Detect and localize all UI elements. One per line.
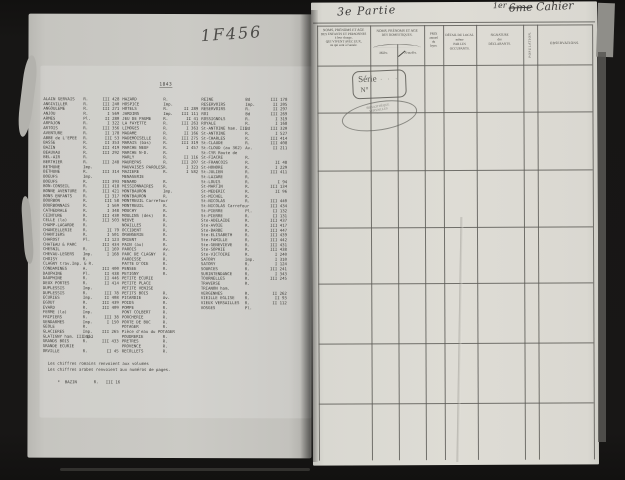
col-detail-header: DÉTAIL DU LOCAL même PAR LES OCCUPANTS. [443,33,476,51]
footnote-addendum: * BAZIN R. III 16 [58,380,121,385]
population-label: POPULATION. [528,26,532,64]
series-stamp: Série N° · · · [352,69,407,99]
index-column: REINEBdIII 178RESERVOIRSImp.II 205RESERV… [201,97,288,310]
footnote-line: Les chiffres arabes renvoient aux numéro… [48,367,171,373]
part-label-handwriting: 3e Partie [337,3,397,18]
page-edge-sliver [596,3,615,58]
cahier-handwriting: 1er6me Cahier [493,0,574,15]
males-label: Mâles. [370,51,397,55]
binding-gutter-shadow [300,10,318,462]
table-hline [319,402,594,404]
table-hline [318,282,593,284]
index-column: ALAIN GERVAISR.III 428ANGIVILLERR.III 24… [43,97,120,354]
table-vline [592,24,595,459]
table-hline [318,169,593,171]
page-edge-strip [598,52,606,442]
index-entry-name: ORVILLE [43,349,60,354]
index-entry-name: RECOLLETS [122,349,144,354]
index-entry: VOSGESPl. [201,305,287,310]
footnote-line: Les chiffres romains renvoient aux volum… [48,361,149,367]
year-title: 1843 [159,82,172,88]
header-line: loyer. [424,44,443,48]
col-occupants-header: NOMS, PRÉNOMS ET AGE DES ENFANTS ET PERS… [318,28,369,47]
col-signature-header: SIGNATURE des DÉCLARANTS. [476,33,523,47]
index-entry-name: VOSGES [201,305,215,310]
census-table: NOMS, PRÉNOMS ET AGE DES ENFANTS ET PERS… [317,24,594,462]
index-sheet-content: 1843 ALAIN GERVAISR.III 428ANGIVILLERR.I… [27,14,312,459]
index-entry-type: Pl. [245,305,252,310]
scanned-register-spread: 1F456 1843 ALAIN GERVAISR.III 428ANGIVIL… [0,0,625,480]
scanner-streak [60,468,310,471]
header-line: PAR LES OCCUPANTS. [443,42,476,51]
index-entry: ORVILLER.II 45 [43,349,119,354]
col-observations-header: OBSERVATIONS. [537,41,592,45]
cahier-word: Cahier [536,0,574,14]
cahier-correction: 1er [493,1,507,11]
header-line: DÉCLARANTS. [476,42,523,47]
series-stamp-number: N° [360,86,368,94]
col-population-header: POPULATION. [523,26,537,64]
header-line: DES DOMESTIQUES. [371,33,423,37]
index-entry-type: R. [163,349,168,354]
index-entry-code: II 45 [107,349,119,354]
col-prix-header: PRIX annuel du loyer. [424,32,443,48]
table-hline [318,342,593,344]
index-entry-type: R. [83,349,88,354]
table-hline [318,226,593,228]
index-column: HAZARDR.HOSPICEImp.HOTELSR.II 289JARDINS… [122,97,199,354]
index-entry: RECOLLETSR. [122,349,198,354]
cahier-struck: 6me [508,1,532,15]
table-hline [317,111,592,113]
left-page: 1F456 1843 ALAIN GERVAISR.III 428ANGIVIL… [27,14,312,459]
header-line: ou qui sont à l'année. [318,44,369,48]
col-domestiques-header: NOMS, PRÉNOMS ET AGE DES DOMESTIQUES. [371,29,423,37]
page-top-rule [313,21,595,23]
right-page: 3e Partie 1er6me Cahier NOMS, PRÉNOMS ET… [311,1,599,465]
series-stamp-label: Série [358,73,377,84]
